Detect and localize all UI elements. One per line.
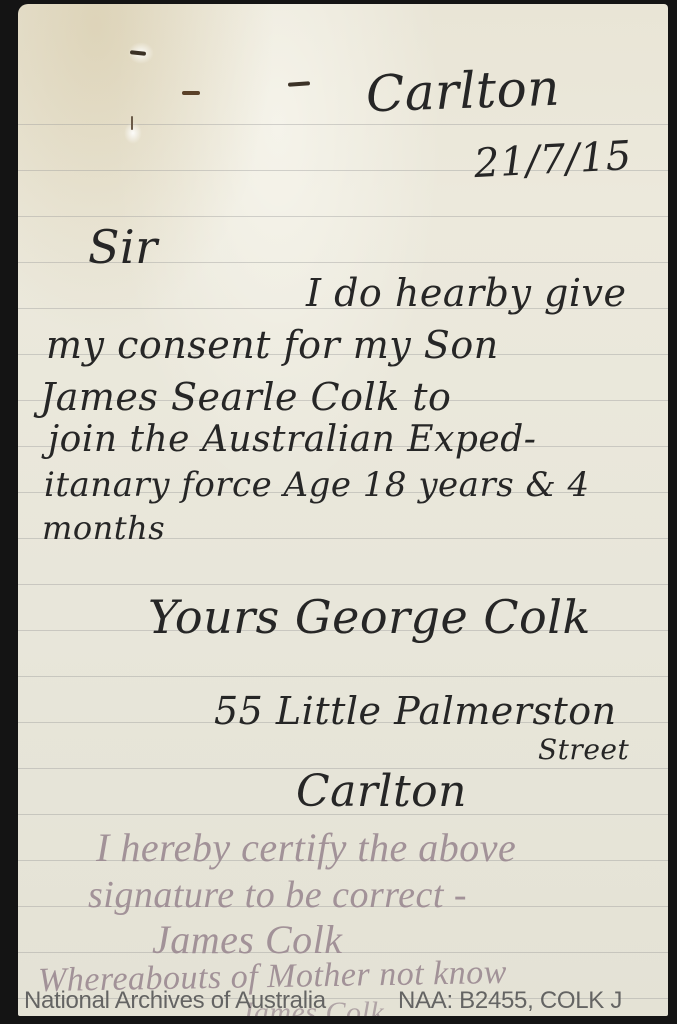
ruled-line: [18, 952, 668, 953]
letter-place: Carlton: [365, 63, 560, 120]
archive-reference: NAA: B2455, COLK J: [398, 987, 622, 1015]
staple-mark: [182, 91, 200, 95]
body-line: my consent for my Son: [46, 326, 499, 364]
ruled-line: [18, 584, 668, 585]
tear-mark: [124, 122, 142, 144]
body-line: James Searle Colk to: [40, 378, 451, 416]
letter-paper: Carlton 21/7/15 Sir I do hearby give my …: [18, 4, 668, 1016]
body-line: join the Australian Exped-: [48, 422, 536, 458]
body-line: months: [42, 512, 165, 544]
document-viewer: Carlton 21/7/15 Sir I do hearby give my …: [0, 0, 677, 1024]
body-line: itanary force Age 18 years & 4: [44, 468, 590, 502]
certification-line: I hereby certify the above: [96, 828, 516, 868]
tear-mark: [131, 116, 133, 130]
ruled-line: [18, 124, 668, 125]
signature: Yours George Colk: [148, 594, 591, 640]
ruled-line: [18, 216, 668, 217]
ruled-line: [18, 676, 668, 677]
archive-caption: National Archives of Australia: [24, 987, 326, 1015]
certification-line: signature to be correct -: [88, 876, 467, 914]
letter-salutation: Sir: [88, 224, 158, 270]
body-line: I do hearby give: [306, 274, 626, 312]
letter-date: 21/7/15: [473, 136, 633, 184]
address-line: Carlton: [296, 770, 467, 814]
address-line: 55 Little Palmerston: [214, 692, 617, 730]
staple-mark: [288, 81, 310, 87]
certification-signature: James Colk: [152, 920, 343, 960]
address-line: Street: [538, 736, 629, 764]
